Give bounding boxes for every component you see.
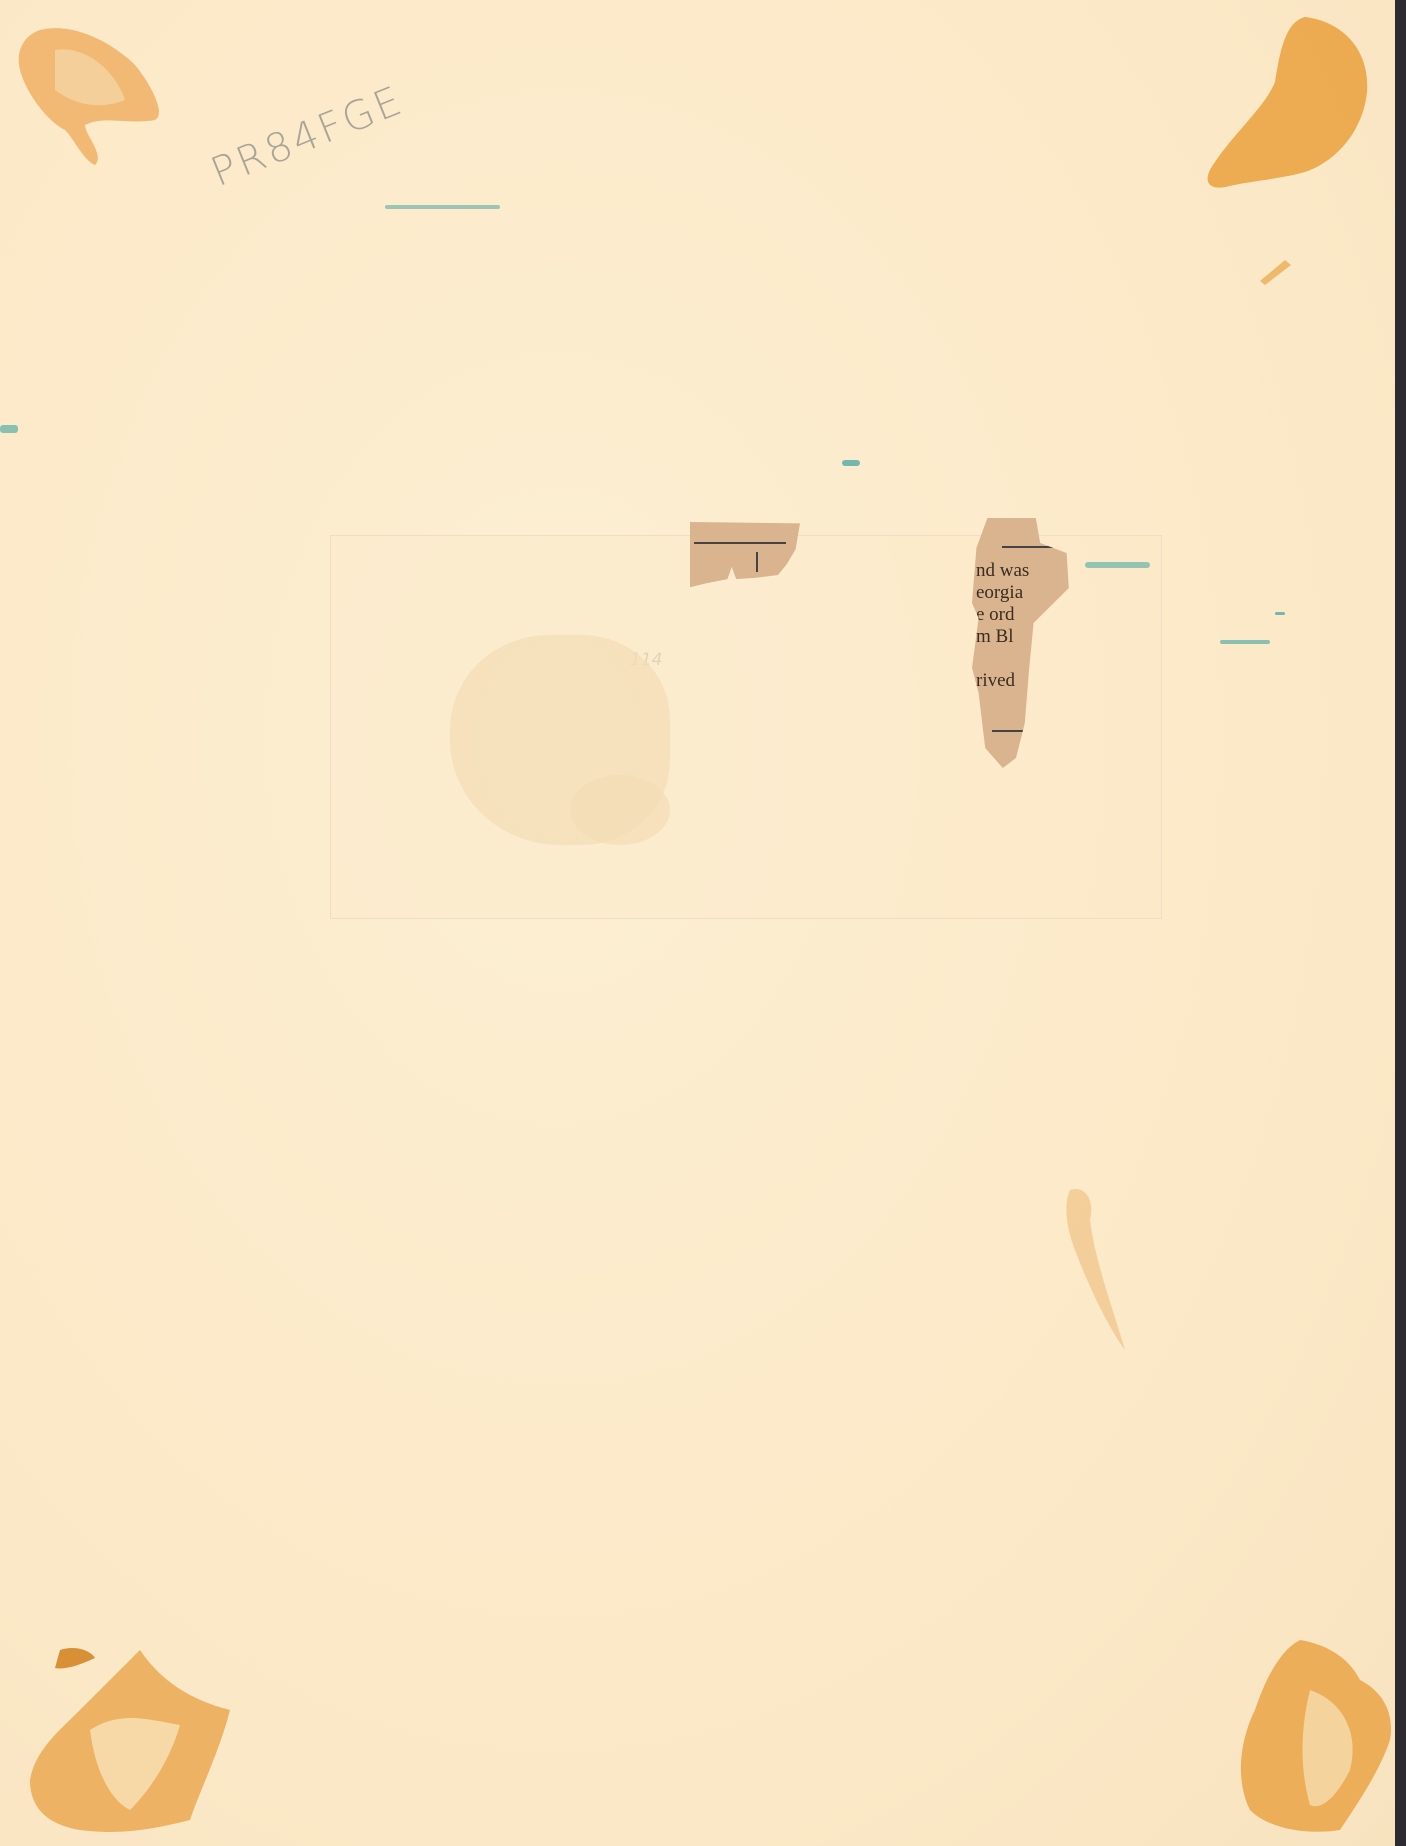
scanner-background-edge: [1395, 0, 1406, 1846]
pencil-inventory-code: PR84FGE: [205, 77, 411, 196]
teal-ink-mark: [842, 460, 860, 466]
teal-ink-mark: [385, 205, 500, 209]
clipping-text-line: e ord: [976, 604, 1015, 626]
column-rule: [694, 542, 786, 544]
teal-ink-mark: [0, 425, 18, 433]
clipping-text-line: m Bl: [976, 626, 1013, 648]
stain-top-left: [15, 20, 165, 170]
stain-small-right: [1255, 255, 1295, 295]
photo-back-paper: PR84FGE 114 nd was eorgia e ord m Bl riv…: [0, 0, 1395, 1846]
teal-ink-mark: [1220, 640, 1270, 644]
stain-streak-lower-right: [1055, 1180, 1135, 1360]
clipping-text-line: rived: [976, 670, 1015, 692]
stain-bottom-left: [20, 1630, 240, 1840]
clipping-text-line: nd was: [976, 560, 1029, 582]
column-rule-vertical: [756, 552, 758, 572]
stain-bottom-right: [1230, 1630, 1400, 1840]
stain-top-right: [1195, 12, 1375, 192]
clipping-text-line: eorgia: [976, 582, 1023, 604]
teal-ink-mark: [1275, 612, 1285, 615]
glue-stain: [570, 775, 670, 845]
